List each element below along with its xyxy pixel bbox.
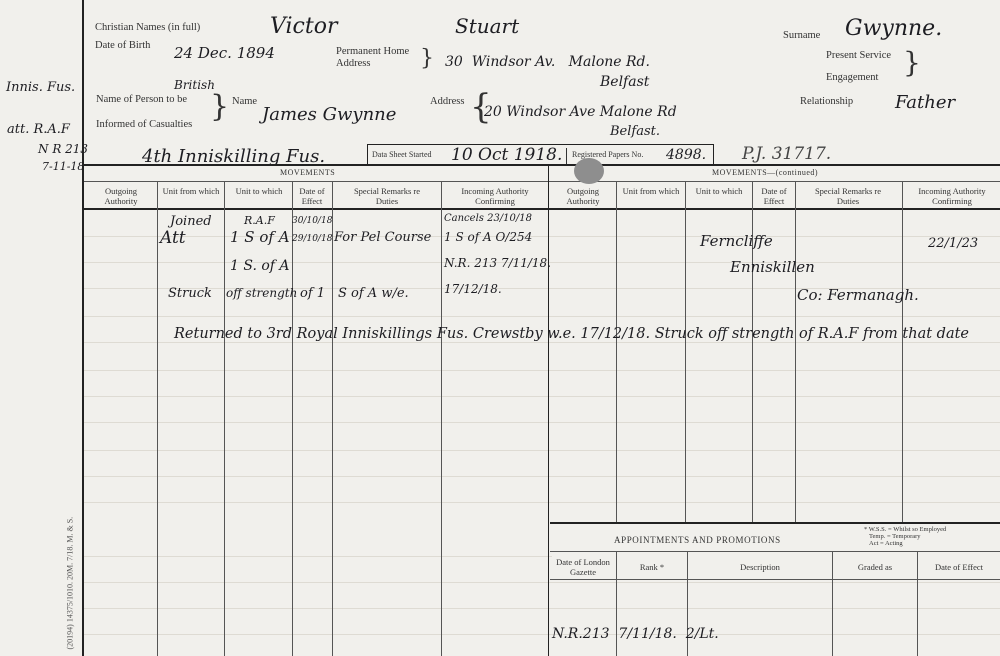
entry-date-3: of 1 bbox=[300, 286, 325, 301]
col-outgoing-authority-cont: Outgoing Authority bbox=[552, 186, 614, 206]
data-sheet-box: Data Sheet Started 10 Oct 1918. Register… bbox=[367, 144, 714, 165]
col-unit-to-cont: Unit to which bbox=[688, 186, 750, 196]
entry-incoming-4: 17/12/18. bbox=[444, 282, 502, 296]
nok-address-line1: 20 Windsor Ave Malone Rd bbox=[484, 104, 677, 120]
entry-date-2: 29/10/18 bbox=[292, 234, 332, 244]
relationship-label: Relationship bbox=[800, 96, 853, 107]
table-top-border bbox=[84, 164, 1000, 166]
dob-label: Date of Birth bbox=[95, 40, 150, 51]
legend-act: Act = Acting bbox=[864, 540, 946, 547]
returned-note: Returned to 3rd Royal Inniskillings Fus.… bbox=[174, 326, 969, 342]
card-left-border bbox=[82, 0, 84, 656]
surname-label: Surname bbox=[783, 30, 820, 41]
registered-papers-value: 4898. bbox=[666, 147, 706, 163]
entry-unit-from-3: Struck bbox=[168, 286, 212, 301]
entry-unit-to-4: off strength bbox=[226, 286, 297, 300]
nok-address-line2: Belfast. bbox=[610, 124, 660, 139]
brace: } bbox=[420, 48, 434, 70]
col-outgoing-authority: Outgoing Authority bbox=[90, 186, 152, 206]
margin-note-nr: N R 213 bbox=[38, 142, 88, 156]
col-date-of-effect-cont: Date of Effect bbox=[754, 186, 794, 206]
movements-continued-title: MOVEMENTS—(continued) bbox=[712, 168, 818, 177]
engagement-label: Engagement bbox=[826, 72, 878, 83]
dob-value: 24 Dec. 1894 bbox=[174, 44, 275, 62]
legend-wse: * W.S.S. = Whilst so Employed bbox=[864, 526, 946, 533]
legend-temp: Temp. = Temporary bbox=[864, 533, 946, 540]
christian-name-2: Stuart bbox=[455, 14, 519, 38]
pj-number: P.J. 31717. bbox=[742, 144, 831, 164]
brace: } bbox=[903, 52, 921, 74]
entry-incoming-2: 1 S of A O/254 bbox=[444, 230, 532, 244]
entry-unit-to-3: 1 S. of A bbox=[230, 258, 290, 274]
entry-remarks-2: S of A w/e. bbox=[338, 286, 409, 301]
brace: } bbox=[210, 96, 229, 118]
home-address-label-1: Permanent Home bbox=[336, 46, 409, 57]
col-rank: Rank * bbox=[620, 562, 684, 572]
relationship-value: Father bbox=[895, 92, 955, 113]
surname-value: Gwynne. bbox=[845, 16, 942, 41]
col-date-london-gazette: Date of London Gazette bbox=[552, 557, 614, 577]
col-date-of-effect-appt: Date of Effect bbox=[920, 562, 998, 572]
nok-address-label: Address bbox=[430, 96, 464, 107]
margin-note-date: 7-11-18 bbox=[42, 160, 84, 173]
col-special-remarks-cont: Special Remarks re Duties bbox=[805, 186, 891, 206]
appointments-legend: * W.S.S. = Whilst so Employed Temp. = Te… bbox=[864, 526, 946, 547]
home-address-line1: 30 Windsor Av. Malone Rd. bbox=[445, 54, 650, 70]
ink-blot bbox=[574, 158, 604, 184]
col-graded-as: Graded as bbox=[835, 562, 915, 572]
entry-incoming-3: N.R. 213 7/11/18. bbox=[444, 256, 551, 270]
col-unit-from-cont: Unit from which bbox=[620, 186, 682, 196]
entry-unit-from-2: Att bbox=[160, 228, 186, 248]
margin-note-unit: Innis. Fus. bbox=[6, 80, 75, 95]
margin-note-attached: att. R.A.F bbox=[7, 122, 70, 137]
nok-label-2: Informed of Casualties bbox=[96, 119, 192, 130]
entry-unit-to-2: 1 S of A bbox=[230, 228, 290, 246]
appointment-entry: N.R.213 7/11/18. 2/Lt. bbox=[552, 626, 719, 642]
data-sheet-label: Data Sheet Started bbox=[372, 150, 432, 159]
registered-papers-label: Registered Papers No. bbox=[572, 150, 643, 159]
side-print-code: (20194) 14375/1010. 20M. 7/18. M. & S. bbox=[66, 390, 75, 650]
center-divider bbox=[548, 164, 549, 656]
nok-name-value: James Gwynne bbox=[262, 104, 396, 125]
col-unit-to: Unit to which bbox=[228, 186, 290, 196]
col-incoming-authority: Incoming Authority Confirming bbox=[446, 186, 544, 206]
nok-label-1: Name of Person to be bbox=[96, 94, 187, 105]
col-unit-from: Unit from which bbox=[160, 186, 222, 196]
entry-address-2: Enniskillen bbox=[730, 258, 815, 276]
col-special-remarks: Special Remarks re Duties bbox=[345, 186, 429, 206]
entry-unit-to-1: R.A.F bbox=[244, 214, 275, 227]
entry-address-1: Ferncliffe bbox=[700, 232, 773, 250]
christian-names-label: Christian Names (in full) bbox=[95, 22, 200, 33]
entry-address-3: Co: Fermanagh. bbox=[797, 286, 919, 304]
col-incoming-authority-cont: Incoming Authority Confirming bbox=[905, 186, 999, 206]
home-address-line2: Belfast bbox=[600, 74, 649, 90]
home-address-label-2: Address bbox=[336, 58, 370, 69]
appointments-title: APPOINTMENTS AND PROMOTIONS bbox=[614, 535, 781, 545]
col-description: Description bbox=[690, 562, 830, 572]
entry-remarks-1: For Pel Course bbox=[334, 230, 431, 245]
nok-name-label: Name bbox=[232, 96, 257, 107]
movements-title: MOVEMENTS bbox=[280, 168, 335, 177]
nok-nationality-note: British bbox=[174, 78, 215, 92]
entry-unit-from-1: Joined bbox=[170, 214, 212, 229]
entry-date-1: 30/10/18 bbox=[292, 216, 332, 226]
data-sheet-value: 10 Oct 1918. bbox=[451, 145, 562, 165]
entry-date-confirm: 22/1/23 bbox=[928, 236, 978, 251]
entry-incoming-1: Cancels 23/10/18 bbox=[444, 213, 532, 224]
col-date-of-effect: Date of Effect bbox=[294, 186, 330, 206]
appointments-top-border bbox=[550, 522, 1000, 524]
present-service-label: Present Service bbox=[826, 50, 891, 61]
christian-name-1: Victor bbox=[270, 14, 337, 39]
